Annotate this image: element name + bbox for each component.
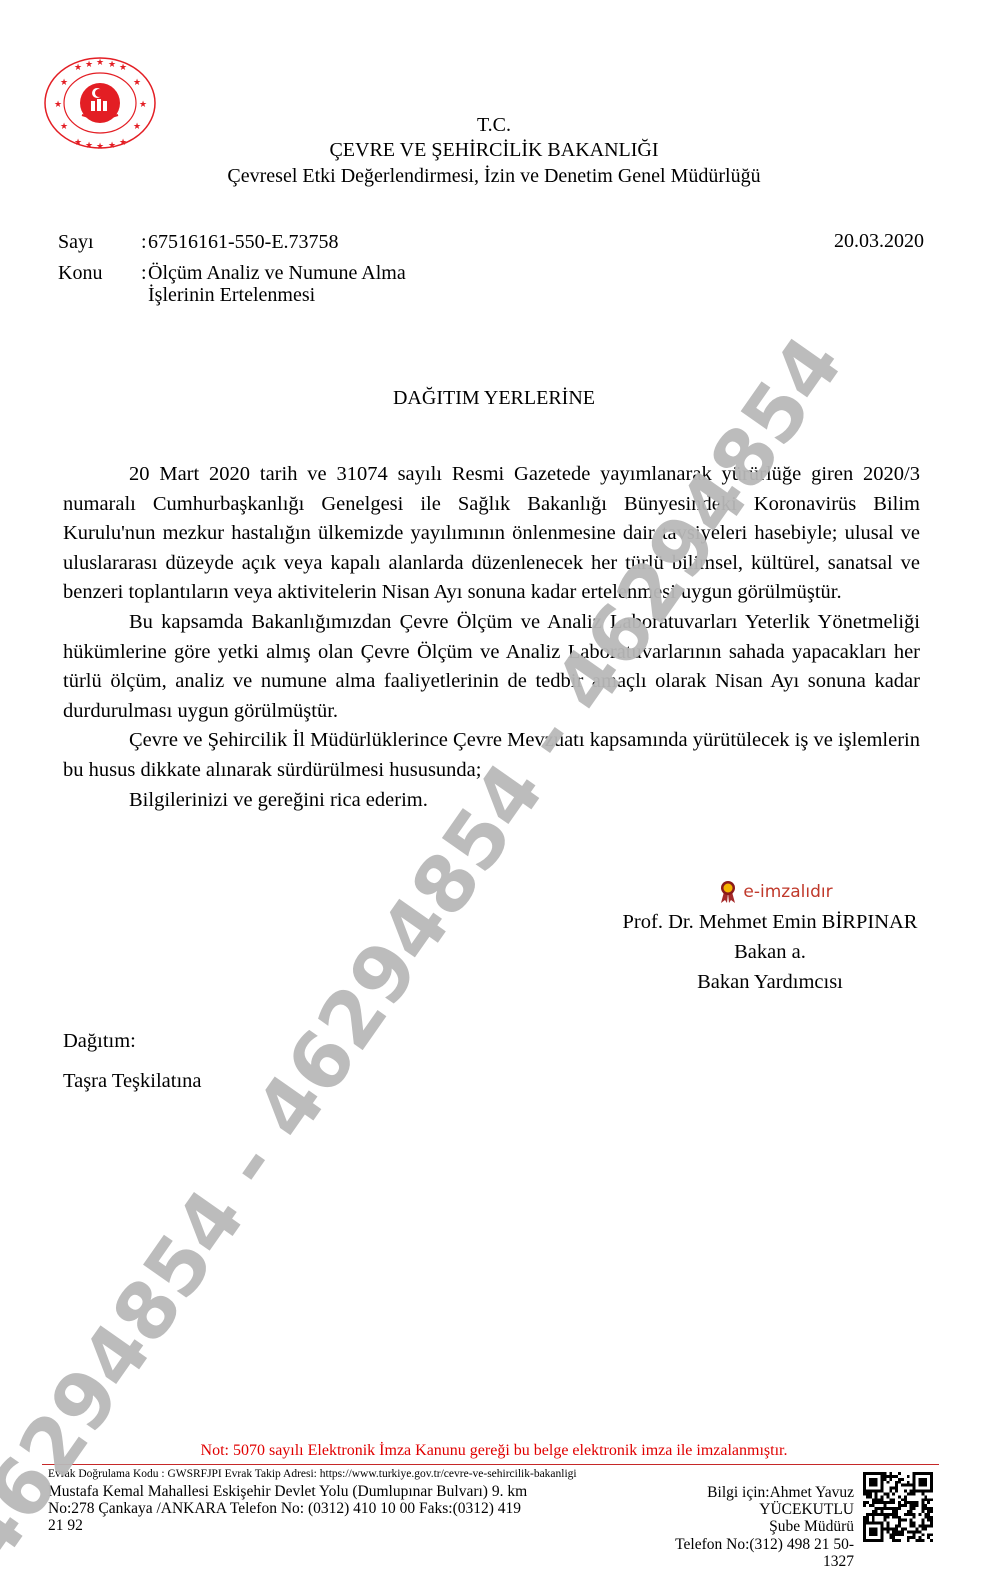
contact-line: Telefon No:(312) 498 21 50- <box>614 1536 854 1553</box>
letter-body: 20 Mart 2020 tarih ve 31074 sayılı Resmi… <box>63 460 920 815</box>
colon: : <box>141 261 147 285</box>
qr-code-icon <box>862 1472 934 1542</box>
konu-value-line2: İşlerinin Ertelenmesi <box>148 283 315 307</box>
svg-text:★: ★ <box>139 100 147 110</box>
contact-info: Bilgi için:Ahmet Yavuz YÜCEKUTLU Şube Mü… <box>614 1484 854 1570</box>
directorate-name: Çevresel Etki Değerlendirmesi, İzin ve D… <box>0 164 988 189</box>
contact-line: 1327 <box>614 1553 854 1570</box>
sayi-value: 67516161-550-E.73758 <box>148 230 339 254</box>
svg-text:★: ★ <box>108 60 116 70</box>
body-paragraph: Bu kapsamda Bakanlığımızdan Çevre Ölçüm … <box>63 608 920 726</box>
contact-line: Şube Müdürü <box>614 1518 854 1535</box>
contact-line: YÜCEKUTLU <box>614 1501 854 1518</box>
ministry-name: ÇEVRE VE ŞEHİRCİLİK BAKANLIĞI <box>0 138 988 163</box>
signer-title: Bakan a. <box>560 937 980 967</box>
colon: : <box>141 230 147 254</box>
body-paragraph: 20 Mart 2020 tarih ve 31074 sayılı Resmi… <box>63 460 920 608</box>
e-signature-label: e-imzalıdır <box>743 882 832 902</box>
svg-text:★: ★ <box>96 58 104 68</box>
verification-code: Evrak Doğrulama Kodu : GWSRFJPI Evrak Ta… <box>48 1468 577 1480</box>
document-date: 20.03.2020 <box>834 230 924 253</box>
footer-divider <box>42 1464 939 1465</box>
body-paragraph: Bilgilerinizi ve gereğini rica ederim. <box>63 786 920 816</box>
svg-text:★: ★ <box>54 100 62 110</box>
ministry-address: Mustafa Kemal Mahallesi Eskişehir Devlet… <box>48 1483 608 1534</box>
signer-name: Prof. Dr. Mehmet Emin BİRPINAR <box>560 907 980 937</box>
sayi-label: Sayı <box>58 230 94 254</box>
signature-block: e-imzalıdır Prof. Dr. Mehmet Emin BİRPIN… <box>560 877 980 997</box>
header-tc: T.C. <box>0 113 988 138</box>
address-line: No:278 Çankaya /ANKARA Telefon No: (0312… <box>48 1500 608 1517</box>
svg-text:★: ★ <box>133 78 141 88</box>
konu-label: Konu <box>58 261 102 285</box>
addressee-title: DAĞITIM YERLERİNE <box>0 387 988 410</box>
e-signature-badge: e-imzalıdır <box>572 877 980 907</box>
distribution-item: Taşra Teşkilatına <box>63 1070 202 1093</box>
konu-value-line1: Ölçüm Analiz ve Numune Alma <box>148 261 406 285</box>
address-line: 21 92 <box>48 1517 608 1534</box>
body-paragraph: Çevre ve Şehircilik İl Müdürlüklerince Ç… <box>63 726 920 785</box>
contact-line: Bilgi için:Ahmet Yavuz <box>614 1484 854 1501</box>
svg-text:★: ★ <box>119 63 127 73</box>
svg-text:★: ★ <box>74 63 82 73</box>
signer-position: Bakan Yardımcısı <box>560 967 980 997</box>
address-line: Mustafa Kemal Mahallesi Eskişehir Devlet… <box>48 1483 608 1500</box>
distribution-label: Dağıtım: <box>63 1030 136 1053</box>
svg-text:★: ★ <box>85 60 93 70</box>
award-ribbon-icon <box>719 880 737 904</box>
svg-text:★: ★ <box>60 78 68 88</box>
e-signature-note: Not: 5070 sayılı Elektronik İmza Kanunu … <box>0 1442 988 1460</box>
